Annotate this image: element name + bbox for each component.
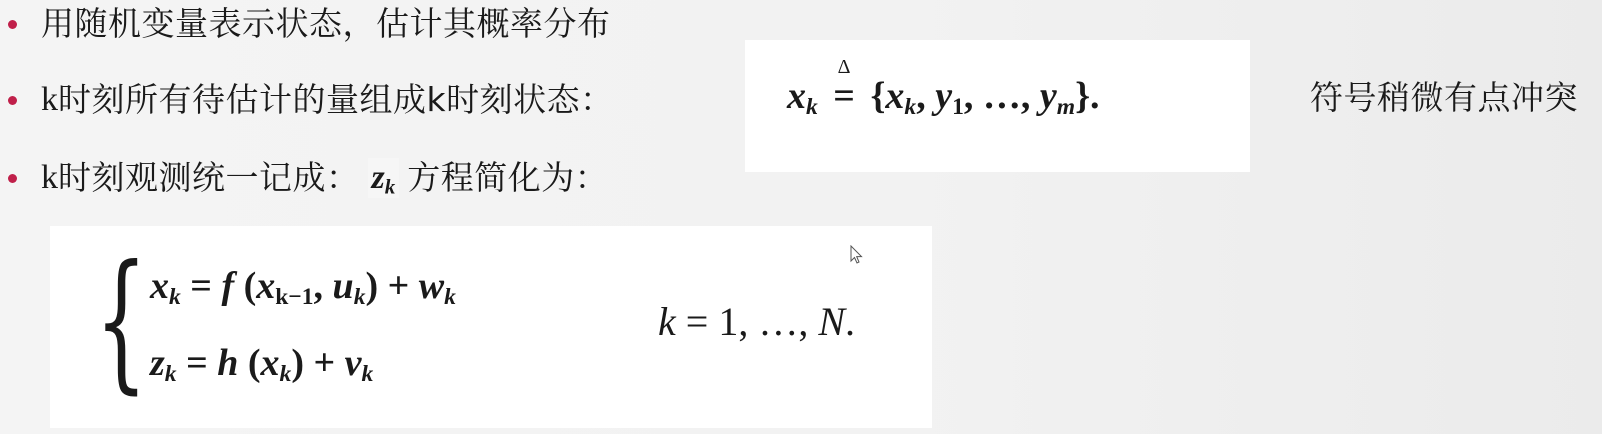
bullet-text: 用随机变量表示状态，估计其概率分布	[41, 4, 611, 44]
system-equations-box: { xk = f (xk−1, uk) + wk zk = h (xk) + v…	[50, 226, 932, 428]
bullet-dot-icon	[8, 20, 17, 29]
bullet-item-3: k 时刻观测统一记成： zk 方程简化为：	[0, 158, 608, 198]
bullet-suffix: 方程简化为：	[407, 158, 608, 198]
bullet-text: 时刻观测统一记成：	[58, 158, 360, 198]
state-definition-box: xk Δ= {xk, y1, …, ym}.	[745, 40, 1250, 172]
bullet-item-2: k 时刻所有待估计的量组成k时刻状态：	[0, 80, 614, 120]
inline-math-zk: zk	[368, 158, 400, 198]
index-range: k = 1, …, N.	[658, 298, 855, 345]
bullet-dot-icon	[8, 174, 17, 183]
defeq-symbol: Δ=	[833, 74, 855, 118]
bullet-dot-icon	[8, 96, 17, 105]
mouse-cursor-icon	[850, 245, 864, 265]
motion-equation: xk = f (xk−1, uk) + wk	[150, 264, 456, 308]
bullet-text: 时刻所有待估计的量组成k时刻状态：	[58, 80, 614, 120]
bullet-item-1: 用随机变量表示状态，估计其概率分布	[0, 4, 611, 44]
side-note: 符号稍微有点冲突	[1310, 72, 1578, 119]
bullet-prefix: k	[41, 158, 58, 198]
bullet-prefix: k	[41, 80, 58, 120]
observation-equation: zk = h (xk) + vk	[150, 341, 373, 385]
left-brace: {	[95, 246, 147, 396]
state-definition-equation: xk Δ= {xk, y1, …, ym}.	[787, 74, 1100, 118]
